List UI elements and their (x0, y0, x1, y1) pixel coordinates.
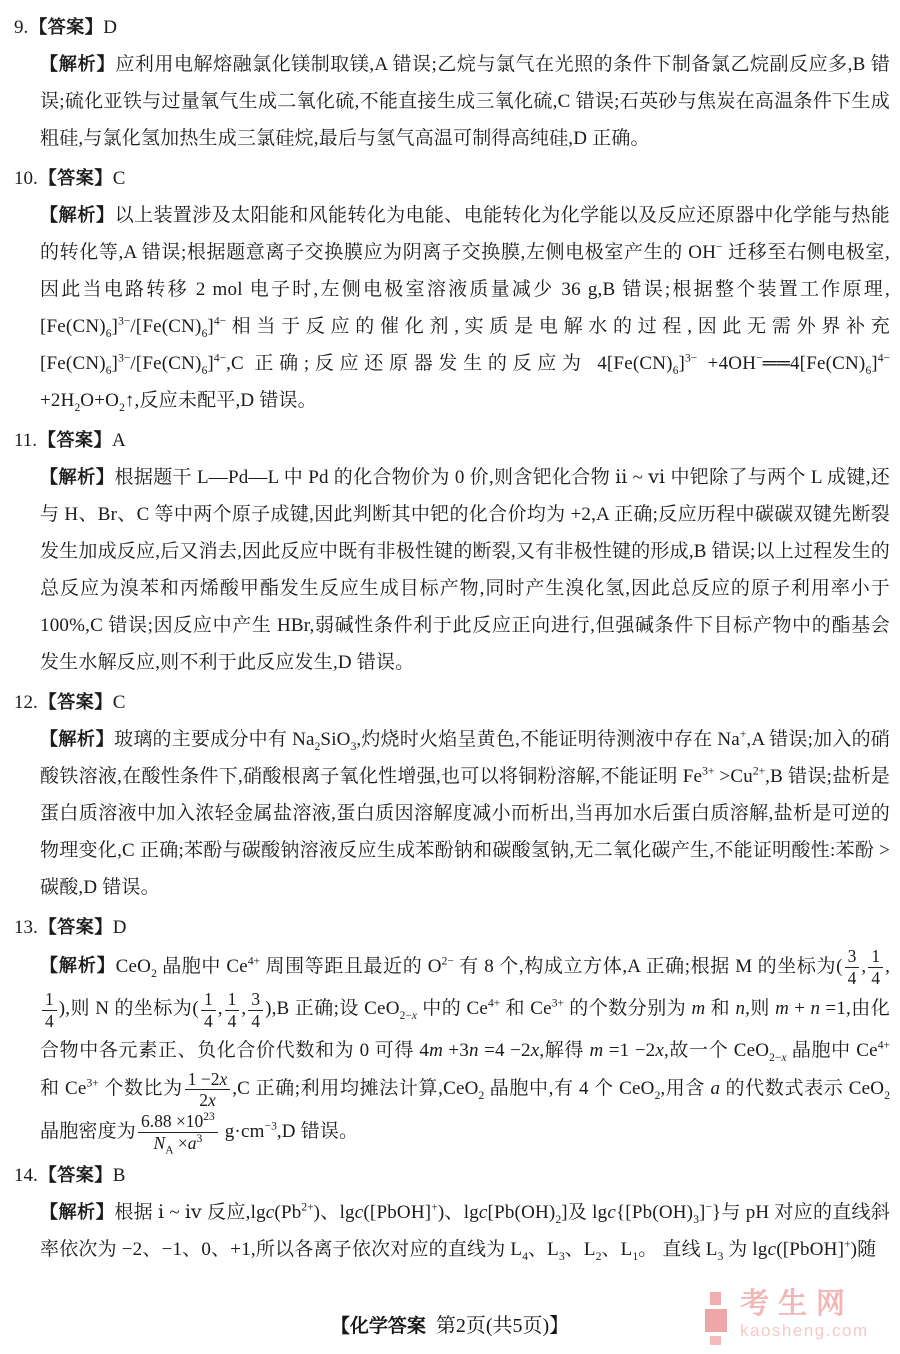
analysis-label: 【解析】 (40, 956, 116, 976)
answer-line: 13.【答案】D (14, 909, 890, 946)
question-number: 12. (14, 692, 38, 713)
analysis-block: 【解析】应利用电解熔融氯化镁制取镁,A 错误;乙烷与氯气在光照的条件下制备氯乙烷… (40, 46, 890, 157)
qa-item: 13.【答案】D 【解析】CeO2 晶胞中 Ce4+ 周围等距且最近的 O2− … (14, 909, 890, 1154)
answer-line: 10.【答案】C (14, 160, 890, 197)
footer-page-info: 第2页(共5页)】 (436, 1315, 569, 1337)
analysis-label: 【解析】 (40, 467, 115, 487)
analysis-block: 【解析】以上装置涉及太阳能和风能转化为电能、电能转化为化学能以及反应还原器中化学… (40, 197, 890, 419)
qa-item: 10.【答案】C 【解析】以上装置涉及太阳能和风能转化为电能、电能转化为化学能以… (14, 160, 890, 419)
answer-value: C (113, 168, 126, 189)
answer-value: D (113, 917, 127, 938)
analysis-text: 应利用电解熔融氯化镁制取镁,A 错误;乙烷与氯气在光照的条件下制备氯乙烷副反应多… (40, 54, 890, 149)
answer-value: D (103, 17, 117, 38)
analysis-block: 【解析】玻璃的主要成分中有 Na2SiO3,灼烧时火焰呈黄色,不能证明待测液中存… (40, 721, 890, 906)
answer-value: A (112, 430, 126, 451)
qa-item: 11.【答案】A 【解析】根据题干 L—Pd—L 中 Pd 的化合物价为 0 价… (14, 422, 890, 681)
analysis-label: 【解析】 (40, 54, 115, 74)
qa-item: 14.【答案】B 【解析】根据 ⅰ ~ ⅳ 反应,lgc(Pb2+)、lgc([… (14, 1157, 890, 1268)
page-footer: 【化学答案第2页(共5页)】 (0, 1312, 900, 1341)
analysis-block: 【解析】CeO2 晶胞中 Ce4+ 周围等距且最近的 O2− 有 8 个,构成立… (40, 946, 890, 1154)
analysis-text: 根据题干 L—Pd—L 中 Pd 的化合物价为 0 价,则含钯化合物 ⅱ ~ ⅵ… (40, 467, 890, 673)
analysis-text: 以上装置涉及太阳能和风能转化为电能、电能转化为化学能以及反应还原器中化学能与热能… (40, 205, 890, 411)
question-number: 13. (14, 917, 38, 938)
qa-item: 9.【答案】D 【解析】应利用电解熔融氯化镁制取镁,A 错误;乙烷与氯气在光照的… (14, 9, 890, 157)
answer-value: B (113, 1165, 126, 1186)
answer-label: 【答案】 (39, 692, 113, 712)
question-number: 14. (14, 1165, 38, 1186)
question-number: 9. (14, 17, 28, 38)
answer-value: C (113, 692, 126, 713)
answer-list: 9.【答案】D 【解析】应利用电解熔融氯化镁制取镁,A 错误;乙烷与氯气在光照的… (0, 0, 900, 1268)
qa-item: 12.【答案】C 【解析】玻璃的主要成分中有 Na2SiO3,灼烧时火焰呈黄色,… (14, 684, 890, 906)
analysis-text: 玻璃的主要成分中有 Na2SiO3,灼烧时火焰呈黄色,不能证明待测液中存在 Na… (40, 729, 890, 898)
answer-label: 【答案】 (39, 168, 113, 188)
footer-title: 【化学答案 (331, 1316, 426, 1337)
answer-label: 【答案】 (38, 430, 112, 450)
analysis-label: 【解析】 (40, 205, 115, 225)
answer-line: 9.【答案】D (14, 9, 890, 46)
analysis-block: 【解析】根据题干 L—Pd—L 中 Pd 的化合物价为 0 价,则含钯化合物 ⅱ… (40, 459, 890, 681)
document-page: { "labels": { "answer": "【答案】", "analysi… (0, 0, 900, 1354)
question-number: 10. (14, 168, 38, 189)
analysis-text: 根据 ⅰ ~ ⅳ 反应,lgc(Pb2+)、lgc([PbOH]+)、lgc[P… (40, 1202, 890, 1260)
analysis-text: CeO2 晶胞中 Ce4+ 周围等距且最近的 O2− 有 8 个,构成立方体,A… (40, 956, 890, 1142)
answer-line: 12.【答案】C (14, 684, 890, 721)
question-number: 11. (14, 430, 37, 451)
answer-label: 【答案】 (29, 17, 103, 37)
answer-label: 【答案】 (39, 1165, 113, 1185)
analysis-block: 【解析】根据 ⅰ ~ ⅳ 反应,lgc(Pb2+)、lgc([PbOH]+)、l… (40, 1194, 890, 1268)
answer-line: 11.【答案】A (14, 422, 890, 459)
answer-label: 【答案】 (39, 917, 113, 937)
answer-line: 14.【答案】B (14, 1157, 890, 1194)
analysis-label: 【解析】 (40, 729, 114, 749)
analysis-label: 【解析】 (40, 1202, 114, 1222)
